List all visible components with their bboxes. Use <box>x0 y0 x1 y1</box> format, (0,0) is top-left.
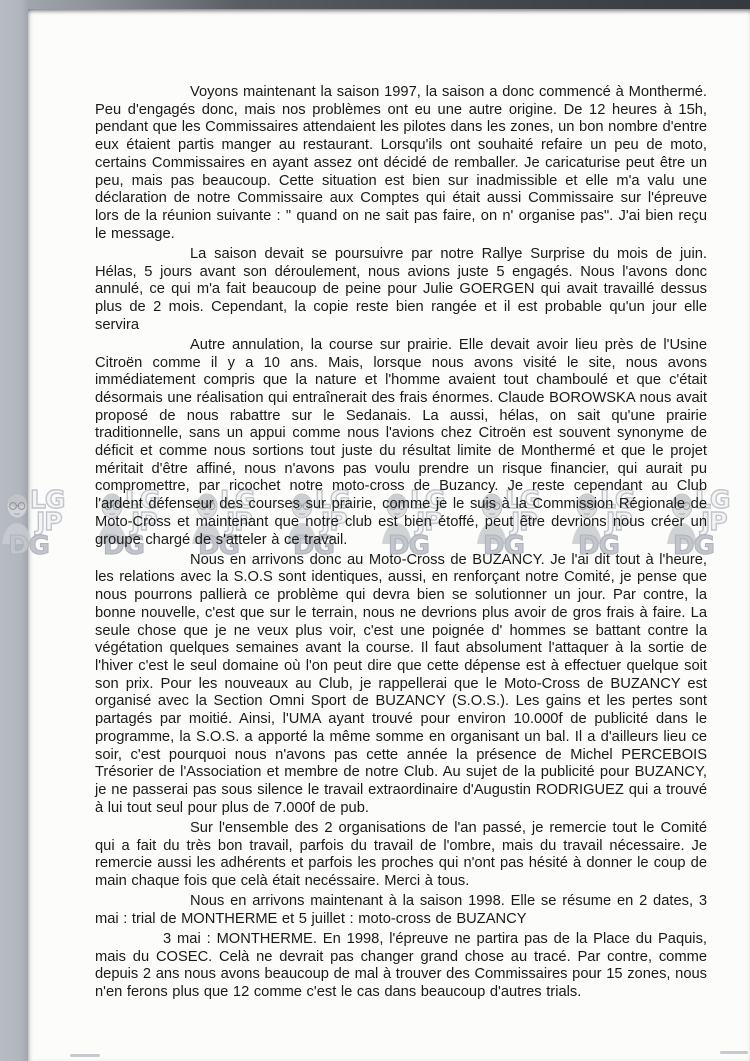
watermark-letters-dg: DG <box>8 533 49 559</box>
scanned-page-background: { "page": { "background_color": "#b4b8bf… <box>0 0 750 1061</box>
document-page: LG JP DG LG JP DG LG JP DG <box>28 9 750 1061</box>
document-text: Voyons maintenant la saison 1997, la sai… <box>95 84 707 1004</box>
paragraph: Nous en arrivons donc au Moto-Cross de B… <box>95 552 707 818</box>
scan-artifact <box>720 1051 748 1054</box>
paragraph: Voyons maintenant la saison 1997, la sai… <box>95 84 707 243</box>
paragraph: 3 mai : MONTHERME. En 1998, l'épreuve ne… <box>95 931 707 1002</box>
paragraph: Autre annulation, la course sur prairie.… <box>95 337 707 549</box>
paragraph: Nous en arrivons maintenant à la saison … <box>95 893 707 928</box>
paragraph: La saison devait se poursuivre par notre… <box>95 246 707 335</box>
scan-artifact <box>70 1054 100 1057</box>
paragraph: Sur l'ensemble des 2 organisations de l'… <box>95 820 707 891</box>
watermark-stamp: LG JP DG <box>2 488 97 572</box>
